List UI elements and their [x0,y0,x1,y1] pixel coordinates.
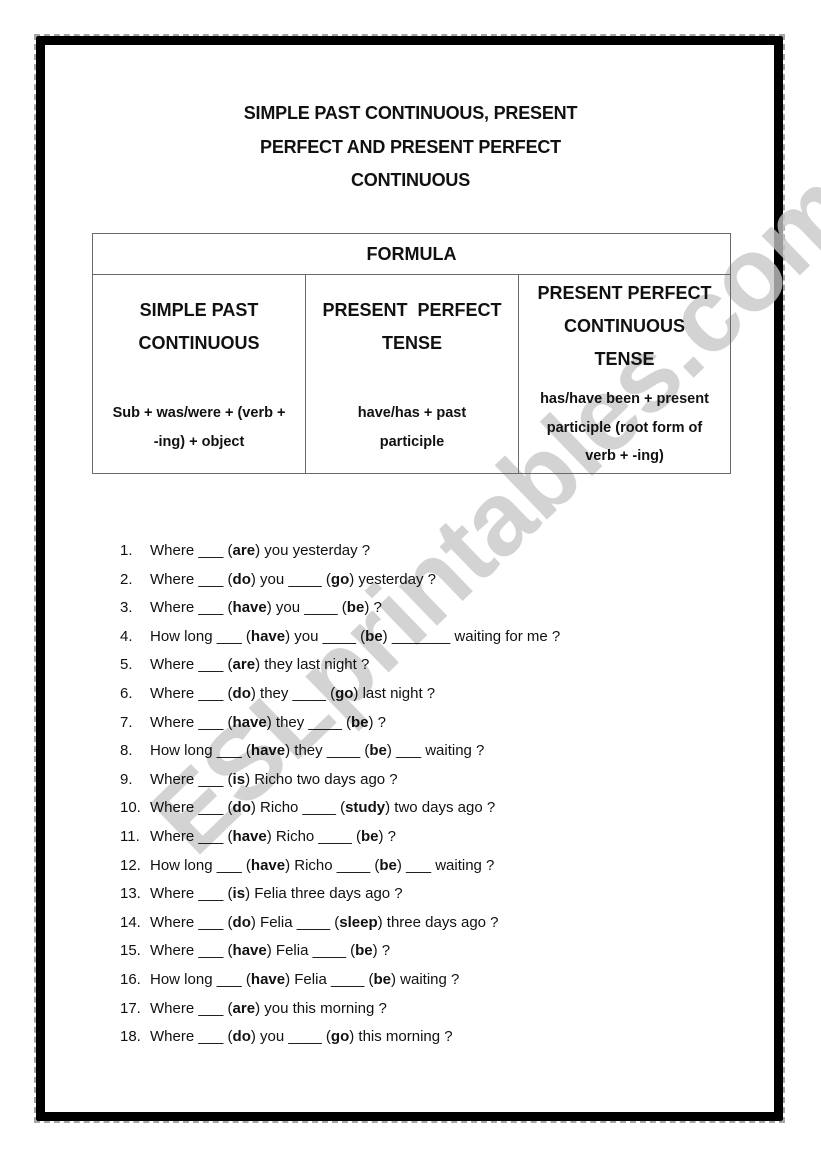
sentence-text: Where ___ ( [150,828,233,845]
exercise-number: 6. [120,680,150,709]
exercise-sentence: Where ___ (do) you ____ (go) yesterday ? [150,566,436,595]
exercise-sentence: Where ___ (have) you ____ (be) ? [150,594,382,623]
verb-hint: are [233,542,256,559]
sentence-text: ) Richo ____ ( [267,828,361,845]
rule-line: participle [306,428,518,457]
tense-line: SIMPLE PAST [93,294,305,327]
exercise-item: 7.Where ___ (have) they ____ (be) ? [120,709,560,738]
exercise-number: 11. [120,823,150,852]
exercise-sentence: How long ___ (have) you ____ (be) ______… [150,623,560,652]
exercise-number: 3. [120,594,150,623]
sentence-text: ) two days ago ? [385,799,495,816]
exercise-number: 9. [120,766,150,795]
verb-hint: do [233,799,251,816]
sentence-text: ) you ____ ( [251,571,331,588]
sentence-text: Where ___ ( [150,771,233,788]
verb-hint: is [233,771,246,788]
sentence-text: How long ___ ( [150,628,251,645]
verb-hint: are [233,656,256,673]
verb-hint: have [251,971,285,988]
sentence-text: ) they ____ ( [285,742,369,759]
exercise-sentence: Where ___ (are) they last night ? [150,651,369,680]
exercise-sentence: How long ___ (have) Richo ____ (be) ___ … [150,852,494,881]
sentence-text: How long ___ ( [150,857,251,874]
formula-cell-present-perfect: PRESENT PERFECT TENSE have/has + past pa… [306,275,519,474]
sentence-text: ) ___ waiting ? [397,857,495,874]
exercise-item: 12.How long ___ (have) Richo ____ (be) _… [120,852,560,881]
sentence-text: ) three days ago ? [378,914,499,931]
exercise-number: 10. [120,794,150,823]
exercise-sentence: Where ___ (do) they ____ (go) last night… [150,680,435,709]
tense-line: PRESENT PERFECT [306,294,518,327]
verb-hint: have [233,714,267,731]
exercise-sentence: Where ___ (have) Richo ____ (be) ? [150,823,396,852]
sentence-text: ) waiting ? [391,971,459,988]
verb-hint: sleep [339,914,377,931]
exercise-item: 11.Where ___ (have) Richo ____ (be) ? [120,823,560,852]
verb-hint: be [347,599,365,616]
exercise-number: 1. [120,537,150,566]
exercise-number: 18. [120,1023,150,1052]
verb-hint: be [361,828,379,845]
sentence-text: ) last night ? [353,685,435,702]
exercise-number: 15. [120,937,150,966]
title-line: SIMPLE PAST CONTINUOUS, PRESENT [0,97,821,131]
verb-hint: be [373,971,391,988]
rule-line: -ing) + object [93,428,305,457]
exercise-number: 16. [120,966,150,995]
sentence-text: ) yesterday ? [349,571,436,588]
sentence-text: Where ___ ( [150,599,233,616]
title-line: CONTINUOUS [0,164,821,198]
verb-hint: have [251,628,285,645]
sentence-text: ) Felia ____ ( [267,942,355,959]
rule-line: participle (root form of [519,414,730,443]
sentence-text: Where ___ ( [150,656,233,673]
verb-hint: do [233,914,251,931]
exercise-number: 14. [120,909,150,938]
rule-line: has/have been + present [519,385,730,414]
rule-line: Sub + was/were + (verb + [93,399,305,428]
exercise-item: 6.Where ___ (do) they ____ (go) last nig… [120,680,560,709]
exercise-sentence: How long ___ (have) they ____ (be) ___ w… [150,737,484,766]
sentence-text: Where ___ ( [150,885,233,902]
tense-name: SIMPLE PAST CONTINUOUS [93,294,305,360]
sentence-text: Where ___ ( [150,1000,233,1017]
sentence-text: ) ? [368,714,386,731]
rule-line: verb + -ing) [519,442,730,471]
verb-hint: be [355,942,373,959]
exercise-number: 12. [120,852,150,881]
exercise-number: 7. [120,709,150,738]
sentence-text: ) Felia ____ ( [251,914,339,931]
verb-hint: have [233,942,267,959]
sentence-text: ) you ____ ( [285,628,365,645]
formula-table: FORMULA SIMPLE PAST CONTINUOUS Sub + was… [92,233,731,474]
verb-hint: study [345,799,385,816]
verb-hint: have [251,857,285,874]
sentence-text: How long ___ ( [150,742,251,759]
exercise-sentence: Where ___ (do) Richo ____ (study) two da… [150,794,495,823]
sentence-text: ) Richo ____ ( [251,799,345,816]
formula-cell-simple-past-continuous: SIMPLE PAST CONTINUOUS Sub + was/were + … [93,275,306,474]
sentence-text: ) Richo ____ ( [285,857,379,874]
sentence-text: ) you ____ ( [267,599,347,616]
exercise-list: 1.Where ___ (are) you yesterday ?2.Where… [120,537,560,1052]
verb-hint: have [233,828,267,845]
exercise-item: 15.Where ___ (have) Felia ____ (be) ? [120,937,560,966]
verb-hint: be [365,628,383,645]
sentence-text: Where ___ ( [150,799,233,816]
sentence-text: ) you this morning ? [255,1000,387,1017]
tense-rule: has/have been + present participle (root… [519,385,730,471]
verb-hint: go [331,571,349,588]
exercise-sentence: Where ___ (is) Richo two days ago ? [150,766,398,795]
verb-hint: have [233,599,267,616]
sentence-text: ) you ____ ( [251,1028,331,1045]
exercise-number: 17. [120,995,150,1024]
sentence-text: ) Felia ____ ( [285,971,373,988]
sentence-text: ) ? [378,828,396,845]
sentence-text: Where ___ ( [150,542,233,559]
verb-hint: go [331,1028,349,1045]
exercise-item: 13.Where ___ (is) Felia three days ago ? [120,880,560,909]
formula-cell-present-perfect-continuous: PRESENT PERFECT CONTINUOUS TENSE has/hav… [519,275,731,474]
sentence-text: How long ___ ( [150,971,251,988]
exercise-item: 1.Where ___ (are) you yesterday ? [120,537,560,566]
tense-rule: Sub + was/were + (verb + -ing) + object [93,399,305,456]
verb-hint: do [233,685,251,702]
exercise-item: 3.Where ___ (have) you ____ (be) ? [120,594,560,623]
exercise-number: 2. [120,566,150,595]
verb-hint: are [233,1000,256,1017]
verb-hint: be [351,714,369,731]
verb-hint: do [233,1028,251,1045]
exercise-item: 9.Where ___ (is) Richo two days ago ? [120,766,560,795]
verb-hint: go [335,685,353,702]
exercise-sentence: Where ___ (are) you yesterday ? [150,537,370,566]
tense-name: PRESENT PERFECT CONTINUOUS TENSE [519,277,730,376]
verb-hint: be [369,742,387,759]
tense-line: PRESENT PERFECT [519,277,730,310]
tense-name: PRESENT PERFECT TENSE [306,294,518,360]
exercise-item: 4.How long ___ (have) you ____ (be) ____… [120,623,560,652]
tense-line: CONTINUOUS [93,327,305,360]
exercise-number: 8. [120,737,150,766]
exercise-sentence: Where ___ (have) Felia ____ (be) ? [150,937,390,966]
exercise-sentence: Where ___ (do) you ____ (go) this mornin… [150,1023,453,1052]
tense-line: TENSE [519,343,730,376]
tense-line: CONTINUOUS [519,310,730,343]
sentence-text: ) _______ waiting for me ? [383,628,561,645]
exercise-item: 18.Where ___ (do) you ____ (go) this mor… [120,1023,560,1052]
exercise-item: 5.Where ___ (are) they last night ? [120,651,560,680]
sentence-text: ) you yesterday ? [255,542,370,559]
exercise-sentence: Where ___ (have) they ____ (be) ? [150,709,386,738]
exercise-item: 14.Where ___ (do) Felia ____ (sleep) thr… [120,909,560,938]
exercise-sentence: How long ___ (have) Felia ____ (be) wait… [150,966,459,995]
sentence-text: Where ___ ( [150,1028,233,1045]
exercise-sentence: Where ___ (are) you this morning ? [150,995,387,1024]
exercise-number: 13. [120,880,150,909]
exercise-number: 5. [120,651,150,680]
sentence-text: ) they ____ ( [251,685,335,702]
exercise-item: 16.How long ___ (have) Felia ____ (be) w… [120,966,560,995]
sentence-text: ) this morning ? [349,1028,452,1045]
exercise-item: 17.Where ___ (are) you this morning ? [120,995,560,1024]
sentence-text: Where ___ ( [150,571,233,588]
exercise-sentence: Where ___ (is) Felia three days ago ? [150,880,403,909]
exercise-item: 10.Where ___ (do) Richo ____ (study) two… [120,794,560,823]
sentence-text: ) ___ waiting ? [387,742,485,759]
exercise-item: 8.How long ___ (have) they ____ (be) ___… [120,737,560,766]
sentence-text: ) they last night ? [255,656,369,673]
sentence-text: ) Felia three days ago ? [245,885,403,902]
title-line: PERFECT AND PRESENT PERFECT [0,131,821,165]
tense-line: TENSE [306,327,518,360]
sentence-text: ) Richo two days ago ? [245,771,398,788]
sentence-text: ) ? [373,942,391,959]
formula-header: FORMULA [93,234,731,275]
exercise-sentence: Where ___ (do) Felia ____ (sleep) three … [150,909,499,938]
tense-rule: have/has + past participle [306,399,518,456]
sentence-text: Where ___ ( [150,714,233,731]
sentence-text: Where ___ ( [150,942,233,959]
exercise-number: 4. [120,623,150,652]
verb-hint: is [233,885,246,902]
rule-line: have/has + past [306,399,518,428]
sentence-text: Where ___ ( [150,914,233,931]
exercise-item: 2.Where ___ (do) you ____ (go) yesterday… [120,566,560,595]
verb-hint: be [379,857,397,874]
sentence-text: ) ? [364,599,382,616]
worksheet-title: SIMPLE PAST CONTINUOUS, PRESENT PERFECT … [0,97,821,198]
sentence-text: Where ___ ( [150,685,233,702]
verb-hint: have [251,742,285,759]
verb-hint: do [233,571,251,588]
sentence-text: ) they ____ ( [267,714,351,731]
